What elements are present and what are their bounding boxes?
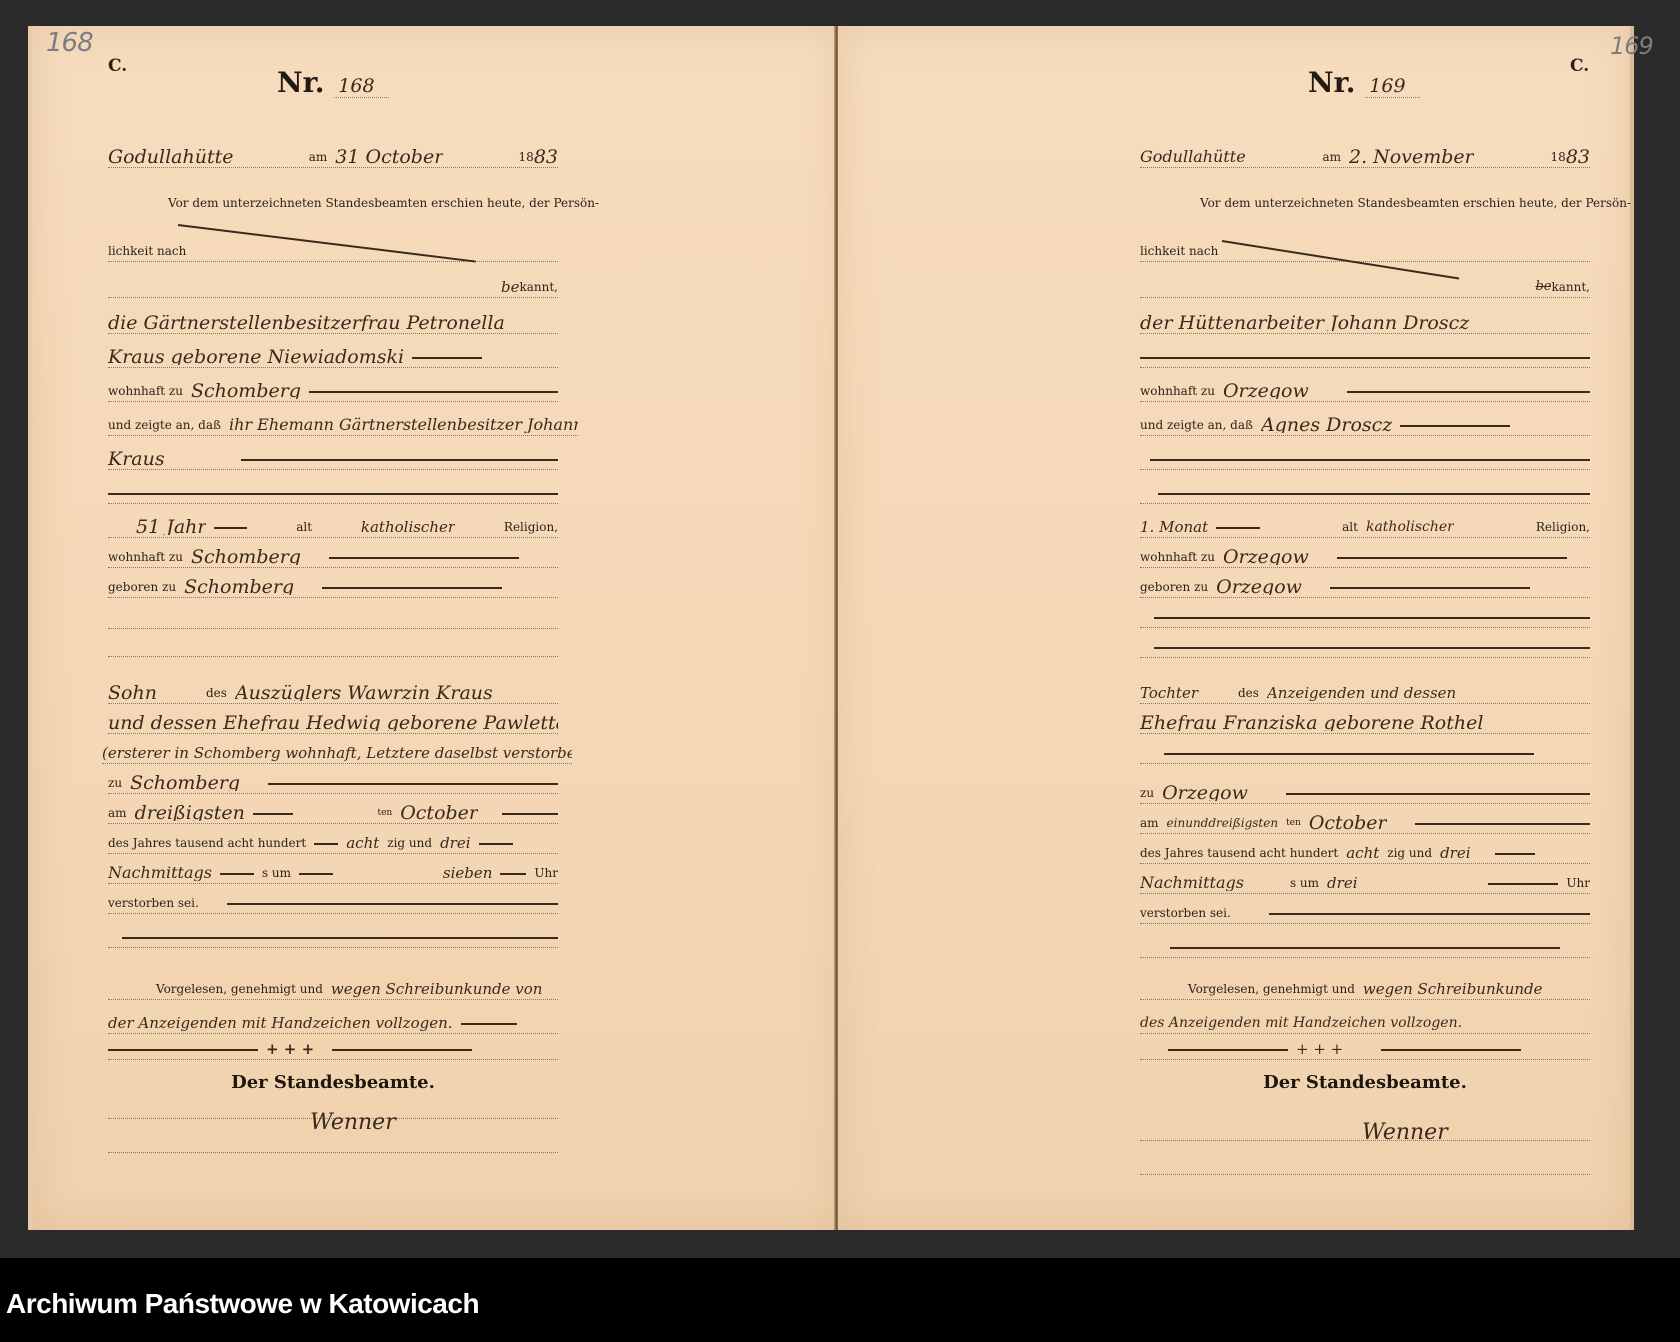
label-vorgelesen: Vorgelesen, genehmigt und <box>1188 981 1355 997</box>
official-signature: Wenner <box>310 1110 396 1135</box>
label-lichkeit: lichkeit nach <box>108 243 186 259</box>
label-zig-und: zig und <box>387 835 432 851</box>
label-des: des <box>1238 685 1259 701</box>
parents-row-1: Sohn des Auszüglers Wawrzin Kraus <box>108 674 558 704</box>
year-suffix: 83 <box>1566 149 1590 165</box>
official-signature: Wenner <box>1362 1120 1448 1145</box>
record-number-prefix: Nr. <box>277 66 325 99</box>
label-religion: Religion, <box>504 519 558 535</box>
label-zu: zu <box>1140 785 1154 801</box>
label-jahres: des Jahres tausend acht hundert <box>108 835 306 851</box>
closing-text: wegen Schreibunkunde <box>1363 981 1543 997</box>
label-um: s um <box>1290 875 1319 891</box>
record-number: Nr. 169 <box>1308 66 1420 99</box>
year-suffix: 83 <box>534 149 558 165</box>
time-of-day: Nachmittags <box>108 865 212 881</box>
label-am: am <box>309 149 328 165</box>
label-geboren: geboren zu <box>108 579 176 595</box>
label-am: am <box>108 805 127 821</box>
handmarks: + + + <box>266 1041 314 1057</box>
death-place-row: zu Orzegow <box>1140 774 1590 804</box>
label-zu: zu <box>108 775 122 791</box>
separator-line <box>108 628 558 629</box>
label-wohnhaft: wohnhaft zu <box>1140 549 1215 565</box>
label-religion: Religion, <box>1536 519 1590 535</box>
birthplace-row: geboren zu Orzegow <box>1140 568 1590 598</box>
informant-residence: Schomberg <box>191 383 301 399</box>
father-name: Anzeigenden und dessen <box>1267 685 1456 701</box>
age-religion-row: 51 Jahr alt katholischer Religion, <box>108 508 558 538</box>
signature-line <box>1140 1174 1590 1175</box>
blank-row <box>1140 338 1590 368</box>
marks-row: + + + <box>108 1030 558 1060</box>
informant-name: der Hüttenarbeiter Johann Droscz <box>1140 315 1469 331</box>
death-hour: drei <box>1327 875 1357 891</box>
deceased-age: 1. Monat <box>1140 519 1208 535</box>
deceased-surname: Kraus <box>108 451 165 467</box>
informant-residence: Orzegow <box>1223 383 1309 399</box>
label-wohnhaft: wohnhaft zu <box>108 383 183 399</box>
informant-row-2: Kraus geborene Niewiadomski <box>108 338 558 368</box>
handwritten-be: be <box>1535 279 1551 295</box>
blank-row <box>108 474 558 504</box>
label-wohnhaft: wohnhaft zu <box>1140 383 1215 399</box>
label-alt: alt <box>296 519 312 535</box>
informant-text: die Gärtnerstellenbesitzerfrau Petronell… <box>108 315 505 331</box>
year-prefix: 18 <box>519 149 534 165</box>
series-letter: C. <box>108 56 127 76</box>
registry-place: Godullahütte <box>108 149 234 165</box>
death-time-row: Nachmittags s um drei Uhr <box>1140 864 1590 894</box>
deceased-residence: Orzegow <box>1223 549 1309 565</box>
informant-row-1: der Hüttenarbeiter Johann Droscz <box>1140 304 1590 334</box>
blank-row <box>1140 628 1590 658</box>
death-hour: sieben <box>443 865 493 881</box>
death-date-row: am dreißigsten ten October <box>108 794 558 824</box>
father-name: Auszüglers Wawrzin Kraus <box>235 685 493 701</box>
label-verstorben: verstorben sei. <box>108 895 199 911</box>
deceased-age: 51 Jahr <box>136 519 206 535</box>
label-verstorben: verstorben sei. <box>1140 905 1231 921</box>
label-am: am <box>1322 149 1341 165</box>
deceased-row-1: und zeigte an, daß Agnes Droscz <box>1140 406 1590 436</box>
label-am: am <box>1140 815 1159 831</box>
label-um: s um <box>262 865 291 881</box>
relation-child: Tochter <box>1140 685 1230 701</box>
death-year-row: des Jahres tausend acht hundert acht zig… <box>1140 834 1590 864</box>
deceased-religion: katholischer <box>1366 519 1454 535</box>
handwritten-be: be <box>501 279 519 295</box>
death-time-row: Nachmittags s um sieben Uhr <box>108 854 558 884</box>
bekannt-row: bekannt, <box>108 268 558 298</box>
age-religion-row: 1. Monat alt katholischer Religion, <box>1140 508 1590 538</box>
label-uhr: Uhr <box>534 865 558 881</box>
deceased-residence: Schomberg <box>191 549 301 565</box>
time-of-day: Nachmittags <box>1140 875 1244 891</box>
archive-footer: Archiwum Państwowe w Katowicach <box>0 1258 1680 1342</box>
registry-place: Godullahütte <box>1140 149 1246 165</box>
label-zeigte-an: und zeigte an, daß <box>1140 417 1253 433</box>
label-uhr: Uhr <box>1566 875 1590 891</box>
deceased-row-1: und zeigte an, daß ihr Ehemann Gärtnerst… <box>108 406 578 436</box>
place-date-row: Godullahütte am 2. November 1883 <box>1140 138 1590 168</box>
label-wohnhaft: wohnhaft zu <box>108 549 183 565</box>
label-jahres: des Jahres tausend acht hundert <box>1140 845 1338 861</box>
deceased-row-2: Kraus <box>108 440 558 470</box>
closing-text: der Anzeigenden mit Handzeichen vollzoge… <box>108 1015 453 1031</box>
official-heading: Der Standesbeamte. <box>108 1072 558 1093</box>
bekannt-row: bekannt, <box>1140 268 1590 298</box>
blank-row <box>1140 598 1590 628</box>
label-geboren: geboren zu <box>1140 579 1208 595</box>
verstorben-row: verstorben sei. <box>1140 894 1590 924</box>
mother-name: und dessen Ehefrau Hedwig geborene Pawle… <box>108 715 558 731</box>
parents-row-1: Tochter des Anzeigenden und dessen <box>1140 674 1590 704</box>
signature-line <box>108 1152 558 1153</box>
label-bekannt: kannt, <box>519 279 558 295</box>
archive-name: Archiwum Państwowe w Katowicach <box>6 1288 479 1320</box>
death-place: Orzegow <box>1162 785 1248 801</box>
death-place: Schomberg <box>130 775 240 791</box>
blank-row <box>1140 474 1590 504</box>
death-year-row: des Jahres tausend acht hundert acht zig… <box>108 824 558 854</box>
handmarks: + + + <box>1296 1041 1343 1057</box>
year-tens: acht <box>346 835 379 851</box>
birthplace-row: geboren zu Schomberg <box>108 568 558 598</box>
death-month: October <box>400 805 478 821</box>
deceased-birthplace: Orzegow <box>1216 579 1302 595</box>
deceased-residence-row: wohnhaft zu Schomberg <box>108 538 558 568</box>
pencil-page-number: 169 <box>1610 32 1653 60</box>
lichkeit-row: lichkeit nach <box>108 232 558 262</box>
official-heading: Der Standesbeamte. <box>1140 1072 1590 1093</box>
year-prefix: 18 <box>1551 149 1566 165</box>
informant-name: Kraus geborene Niewiadomski <box>108 349 404 365</box>
place-date-row: Godullahütte am 31 October 1883 <box>108 138 558 168</box>
label-zig-und: zig und <box>1387 845 1432 861</box>
year-tens: acht <box>1346 845 1379 861</box>
death-day: dreißigsten <box>135 805 245 821</box>
label-ten: ten <box>377 805 392 821</box>
parents-note: (ersterer in Schomberg wohnhaft, Letzter… <box>102 745 572 761</box>
blank-row <box>1140 928 1590 958</box>
closing-row-1: Vorgelesen, genehmigt und wegen Schreibu… <box>108 970 558 1000</box>
closing-row-1: Vorgelesen, genehmigt und wegen Schreibu… <box>1140 970 1590 1000</box>
registration-date: 2. November <box>1349 149 1474 165</box>
lichkeit-row: lichkeit nach <box>1140 232 1590 262</box>
deceased-residence-row: wohnhaft zu Orzegow <box>1140 538 1590 568</box>
verstorben-row: verstorben sei. <box>108 884 558 914</box>
year-units: drei <box>1440 845 1470 861</box>
record-number: Nr. 168 <box>277 66 389 99</box>
relation-child: Sohn <box>108 685 198 701</box>
label-lichkeit: lichkeit nach <box>1140 243 1218 259</box>
closing-text: des Anzeigenden mit Handzeichen vollzoge… <box>1140 1015 1462 1031</box>
record-number-value: 169 <box>1365 75 1419 98</box>
record-number-value: 168 <box>334 75 388 98</box>
label-alt: alt <box>1342 519 1358 535</box>
death-date-row: am einunddreißigsten ten October <box>1140 804 1590 834</box>
series-letter: C. <box>1570 56 1589 76</box>
registration-date: 31 October <box>335 149 443 165</box>
record-number-prefix: Nr. <box>1308 66 1356 99</box>
label-bekannt: kannt, <box>1551 279 1590 295</box>
scanned-register-spread: 168 C. Nr. 168 Godullahütte am 31 Octobe… <box>0 0 1680 1258</box>
death-day: einunddreißigsten <box>1167 815 1279 831</box>
deceased-religion: katholischer <box>361 519 455 535</box>
right-page: 169 C. Nr. 169 Godullahütte am 2. Novemb… <box>838 26 1634 1230</box>
death-month: October <box>1309 815 1387 831</box>
intro-text: Vor dem unterzeichneten Standesbeamten e… <box>168 196 599 210</box>
deceased-description: ihr Ehemann Gärtnerstellenbesitzer Johan… <box>229 417 578 433</box>
year-units: drei <box>440 835 470 851</box>
blank-row <box>1140 440 1590 470</box>
informant-row-1: die Gärtnerstellenbesitzerfrau Petronell… <box>108 304 558 334</box>
marks-row: + + + <box>1140 1030 1590 1060</box>
informant-residence-row: wohnhaft zu Schomberg <box>108 372 558 402</box>
parents-row-3: (ersterer in Schomberg wohnhaft, Letzter… <box>102 734 572 764</box>
death-place-row: zu Schomberg <box>108 764 558 794</box>
separator-line <box>108 656 558 657</box>
label-vorgelesen: Vorgelesen, genehmigt und <box>156 981 323 997</box>
deceased-name: Agnes Droscz <box>1261 417 1392 433</box>
label-zeigte-an: und zeigte an, daß <box>108 417 221 433</box>
blank-row <box>108 918 558 948</box>
closing-text: wegen Schreibunkunde von <box>331 981 543 997</box>
deceased-birthplace: Schomberg <box>184 579 294 595</box>
parents-row-2: und dessen Ehefrau Hedwig geborene Pawle… <box>108 704 558 734</box>
mother-name: Ehefrau Franziska geborene Rothel <box>1140 715 1483 731</box>
parents-row-2: Ehefrau Franziska geborene Rothel <box>1140 704 1590 734</box>
pencil-page-number: 168 <box>46 28 93 58</box>
informant-residence-row: wohnhaft zu Orzegow <box>1140 372 1590 402</box>
blank-row <box>1140 734 1590 764</box>
intro-text: Vor dem unterzeichneten Standesbeamten e… <box>1200 196 1631 210</box>
label-des: des <box>206 685 227 701</box>
left-page: 168 C. Nr. 168 Godullahütte am 31 Octobe… <box>28 26 840 1230</box>
label-ten: ten <box>1286 815 1301 831</box>
